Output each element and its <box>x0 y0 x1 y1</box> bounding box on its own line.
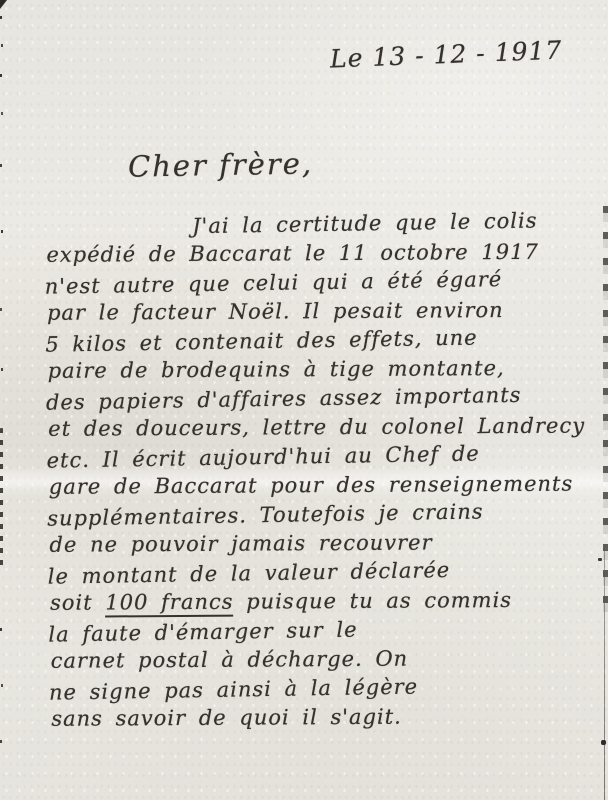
letter-text: sans savoir de quoi il s'agit. <box>51 705 402 731</box>
letter-salutation: Cher frère, <box>128 146 314 183</box>
letter-text: de ne pouvoir jamais recouvrer <box>49 530 432 556</box>
letter-text: le montant de la valeur déclarée <box>48 558 451 589</box>
letter-text: 5 kilos et contenait des effets, une <box>45 325 478 356</box>
letter-text: la faute d'émarger sur le <box>48 618 357 647</box>
letter-text: paire de brodequins à tige montante, <box>48 356 505 383</box>
letter-text: puisque tu as commis <box>233 588 512 614</box>
letter-text: n'est autre que celui qui a été égaré <box>45 267 503 299</box>
scan-speck <box>601 740 606 745</box>
letter-text: ne signe pas ainsi à la légère <box>49 675 418 705</box>
letter-text: par le facteur Noël. Il pesait environ <box>47 298 504 325</box>
letter-text: supplémentaires. Toutefois je crains <box>47 499 484 530</box>
letter-text: J'ai la certitude que le colis <box>192 208 538 238</box>
letter-text: soit <box>50 590 105 614</box>
letter-body: J'ai la certitude que le colisexpédié de… <box>44 207 589 735</box>
letter-text: et des douceurs, lettre du colonel Landr… <box>48 414 585 441</box>
underlined-amount: 100 francs <box>105 590 233 618</box>
scan-speck <box>598 558 602 561</box>
scan-right-edge-crease <box>604 548 605 800</box>
scan-corner-artifact <box>0 0 7 9</box>
letter-text: des papiers d'affaires assez importants <box>46 383 522 415</box>
letter-scan: Le 13 - 12 - 1917 Cher frère, J'ai la ce… <box>0 0 608 800</box>
scan-left-edge-dashes <box>0 428 3 566</box>
letter-text: carnet postal à décharge. On <box>51 647 409 673</box>
letter-date: Le 13 - 12 - 1917 <box>329 36 562 74</box>
scan-left-edge-specks <box>0 16 2 19</box>
letter-text: gare de Baccarat pour des renseignements <box>49 472 573 499</box>
letter-text: expédié de Baccarat le 11 octobre 1917 <box>46 240 538 267</box>
letter-line: sans savoir de quoi il s'agit. <box>51 701 589 733</box>
letter-text: etc. Il écrit aujourd'hui au Chef de <box>46 441 480 472</box>
